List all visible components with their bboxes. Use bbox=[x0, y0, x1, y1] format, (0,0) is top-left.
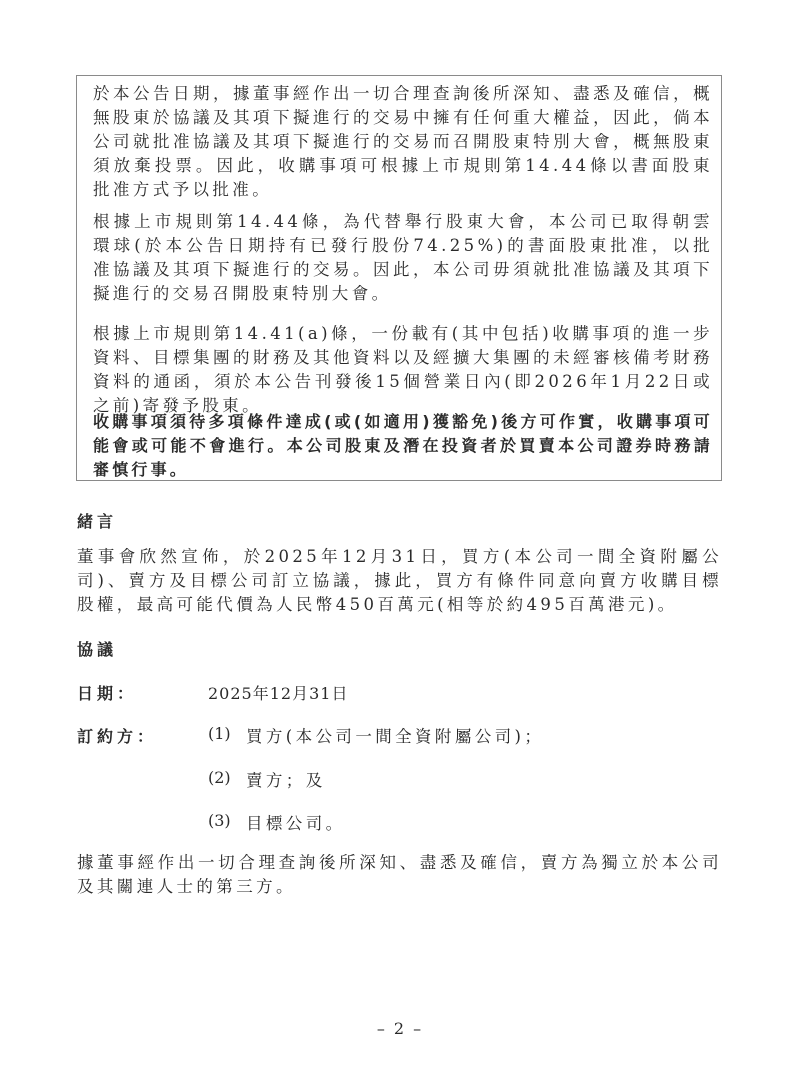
independence-paragraph: 據董事經作出一切合理查詢後所深知、盡悉及確信，賣方為獨立於本公司及其關連人士的第… bbox=[77, 851, 722, 899]
party-number: (3) bbox=[208, 811, 231, 830]
party-text: 目標公司。 bbox=[246, 810, 346, 834]
party-text: 買方(本公司一間全資附屬公司)； bbox=[246, 723, 544, 747]
introduction-paragraph: 董事會欣然宣佈，於2025年12月31日，買方(本公司一間全資附屬公司)、賣方及… bbox=[77, 545, 722, 617]
parties-label: 訂約方： bbox=[77, 724, 157, 747]
party-text: 賣方；及 bbox=[246, 767, 326, 791]
date-value: 2025年12月31日 bbox=[208, 681, 348, 704]
notice-warning: 收購事項須待多項條件達成(或(如適用)獲豁免)後方可作實，收購事項可能會或可能不… bbox=[93, 410, 713, 482]
party-number: (1) bbox=[208, 724, 231, 743]
party-number: (2) bbox=[208, 768, 231, 787]
introduction-heading: 緒言 bbox=[77, 509, 117, 532]
notice-paragraph-circular: 根據上市規則第14.41(a)條，一份載有(其中包括)收購事項的進一步資料、目標… bbox=[93, 322, 713, 418]
notice-paragraph-written-approval: 根據上市規則第14.44條，為代替舉行股東大會，本公司已取得朝雲環球(於本公告日… bbox=[93, 210, 713, 306]
date-label: 日期： bbox=[77, 681, 137, 704]
agreement-heading: 協議 bbox=[77, 637, 117, 660]
notice-paragraph-shareholder-interest: 於本公告日期，據董事經作出一切合理查詢後所深知、盡悉及確信，概無股東於協議及其項… bbox=[93, 82, 713, 202]
page-number: – 2 – bbox=[0, 1019, 800, 1038]
